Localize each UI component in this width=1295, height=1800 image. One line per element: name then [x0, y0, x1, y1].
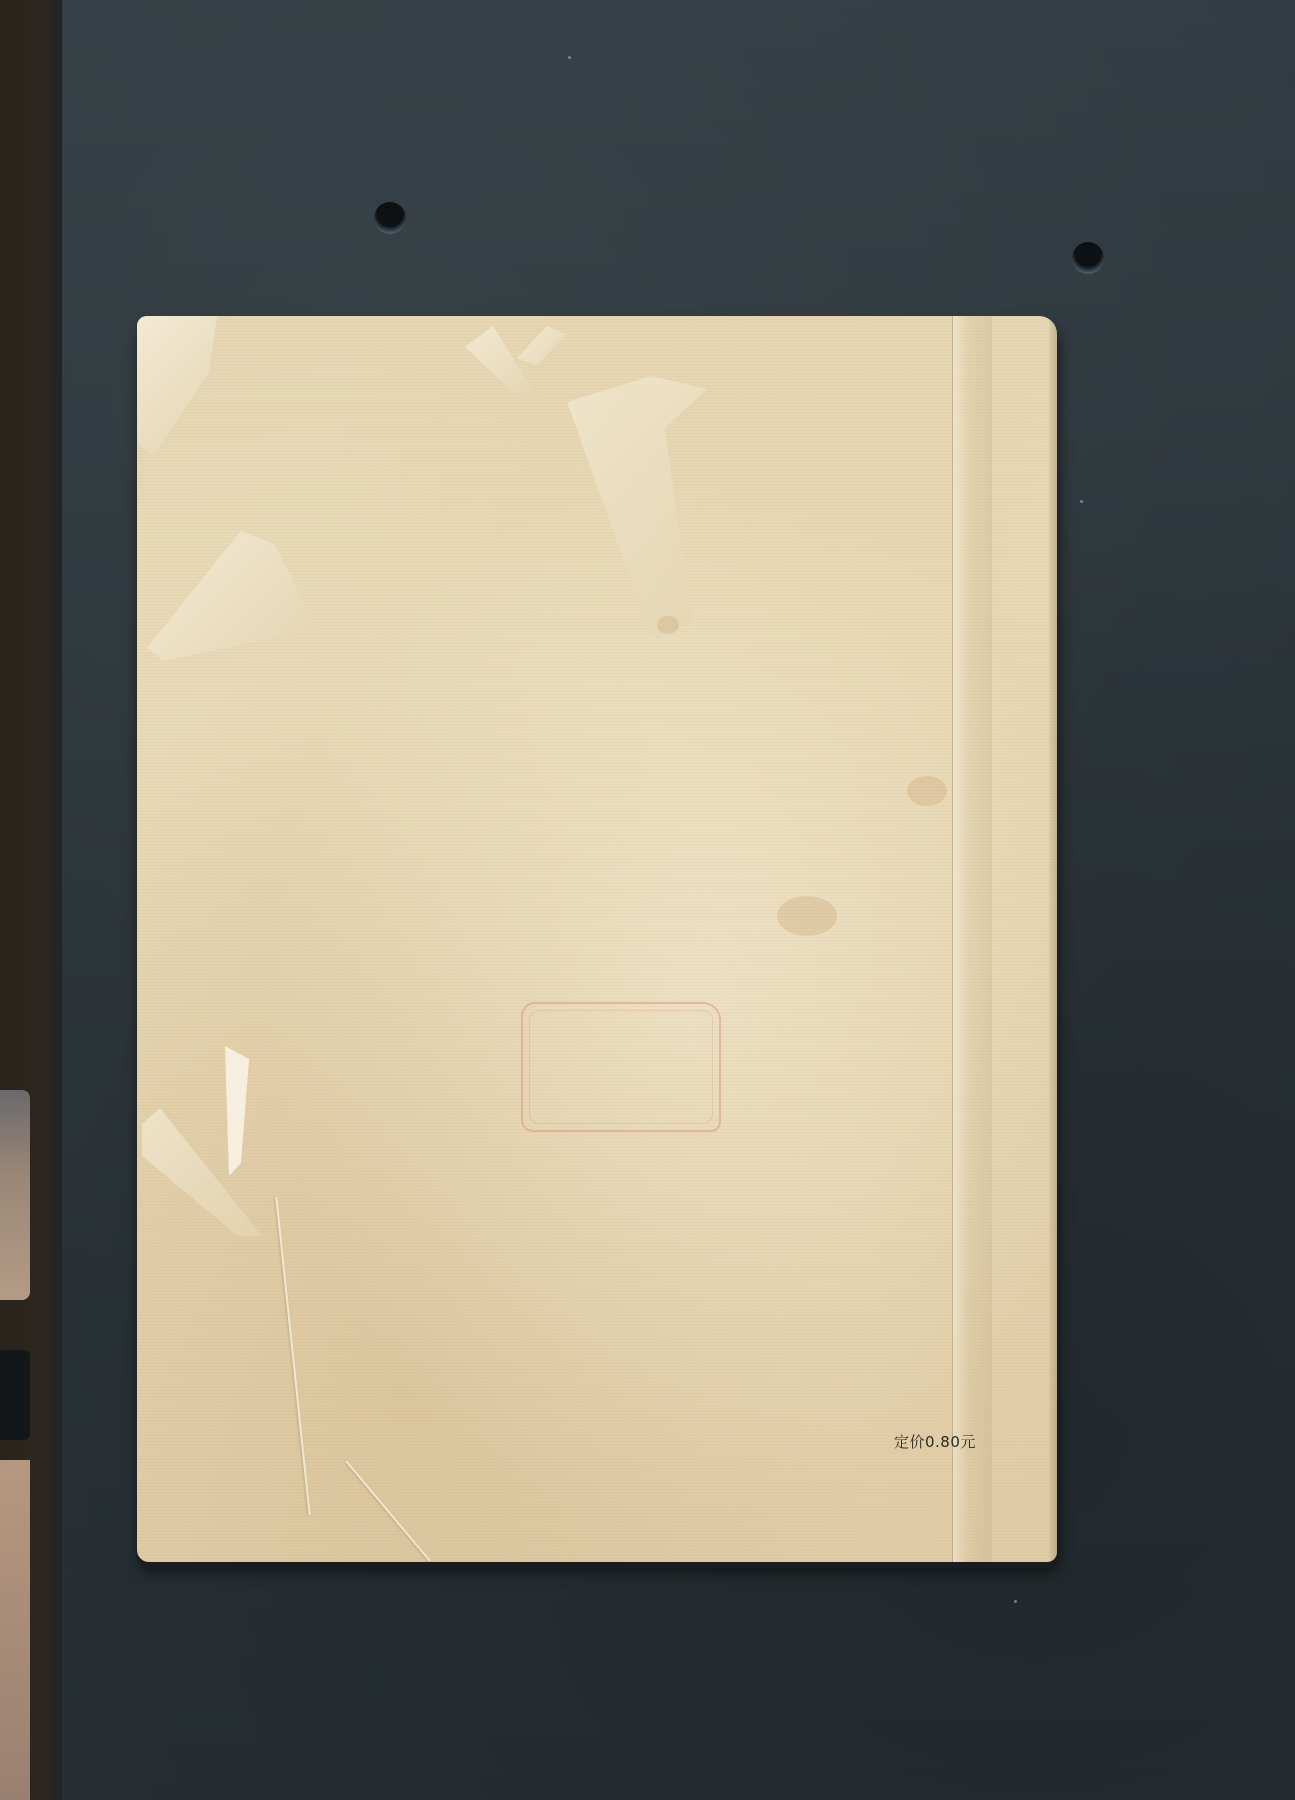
edge-tab [0, 1350, 30, 1440]
spine-edge [1049, 316, 1057, 1562]
dust-speck [1014, 1600, 1017, 1603]
spine-fold [952, 316, 992, 1562]
stain [777, 896, 837, 936]
backdrop-hole [1072, 242, 1104, 274]
edge-tab [0, 1460, 30, 1800]
stain [907, 776, 947, 806]
dust-speck [568, 56, 571, 59]
torn-paper-flap [147, 531, 317, 661]
adjacent-book-edge [0, 0, 62, 1800]
faded-red-stamp [521, 1002, 721, 1132]
tear-line [275, 1197, 310, 1515]
price-label: 定价0.80元 [894, 1431, 976, 1452]
dust-speck [1080, 500, 1083, 503]
edge-tab [0, 1090, 30, 1300]
torn-paper-area [567, 376, 707, 636]
torn-paper-flap [517, 326, 567, 366]
torn-paper-flap [137, 316, 217, 456]
torn-paper-flap [217, 1046, 257, 1176]
tear-line [345, 1461, 430, 1562]
stain [657, 616, 679, 634]
backdrop-hole [374, 202, 406, 234]
book-back-cover: 定价0.80元 [137, 316, 1057, 1562]
